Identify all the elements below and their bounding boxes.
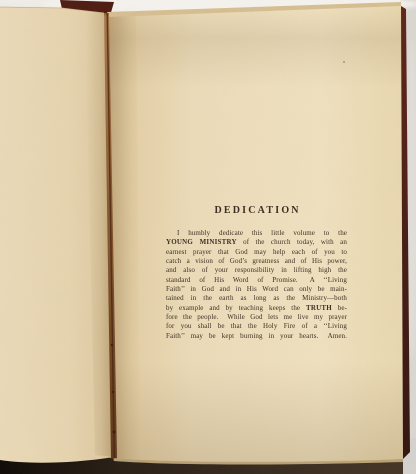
dedication-line: Faith’’ may be kept burning in your hear… — [166, 332, 347, 341]
book-gutter — [104, 13, 117, 459]
dedication-line: fore the people. While God lets me live … — [166, 313, 347, 322]
dedication-line: YOUNG MINISTRY of the church today, with… — [166, 238, 347, 247]
dedication-line: tained in the earth as long as the Minis… — [166, 294, 347, 303]
page-block-bottom-edge — [113, 458, 403, 465]
book-cover-edge-right — [401, 6, 410, 459]
dedication-line: standard of His Word of Promise. A ‘‘Liv… — [166, 276, 347, 285]
dedication-heading: DEDICATION — [166, 205, 347, 216]
dedication-line: I humbly dedicate this little volume to … — [166, 229, 347, 238]
dedication-line: Faith’’ in God and in His Word can only … — [166, 285, 347, 294]
page-block-top-edge — [107, 2, 401, 18]
dedication-line: catch a vision of God’s greatness and of… — [166, 257, 347, 266]
open-book-photo: DEDICATION I humbly dedicate this little… — [0, 0, 416, 474]
dedication-line: and also of your responsibility in lifti… — [166, 266, 347, 275]
dedication-line: earnest prayer that God may help each of… — [166, 248, 347, 257]
paper-speck — [343, 61, 345, 63]
dedication-line: for you shall be that the Holy Fire of a… — [166, 322, 347, 331]
dedication-line: by example and by teaching keeps the TRU… — [166, 304, 347, 313]
dedication-paragraph: I humbly dedicate this little volume to … — [166, 229, 347, 341]
book-bottom-shadow — [0, 444, 403, 474]
left-page — [0, 7, 114, 463]
book-cover-edge-top — [60, 0, 114, 16]
